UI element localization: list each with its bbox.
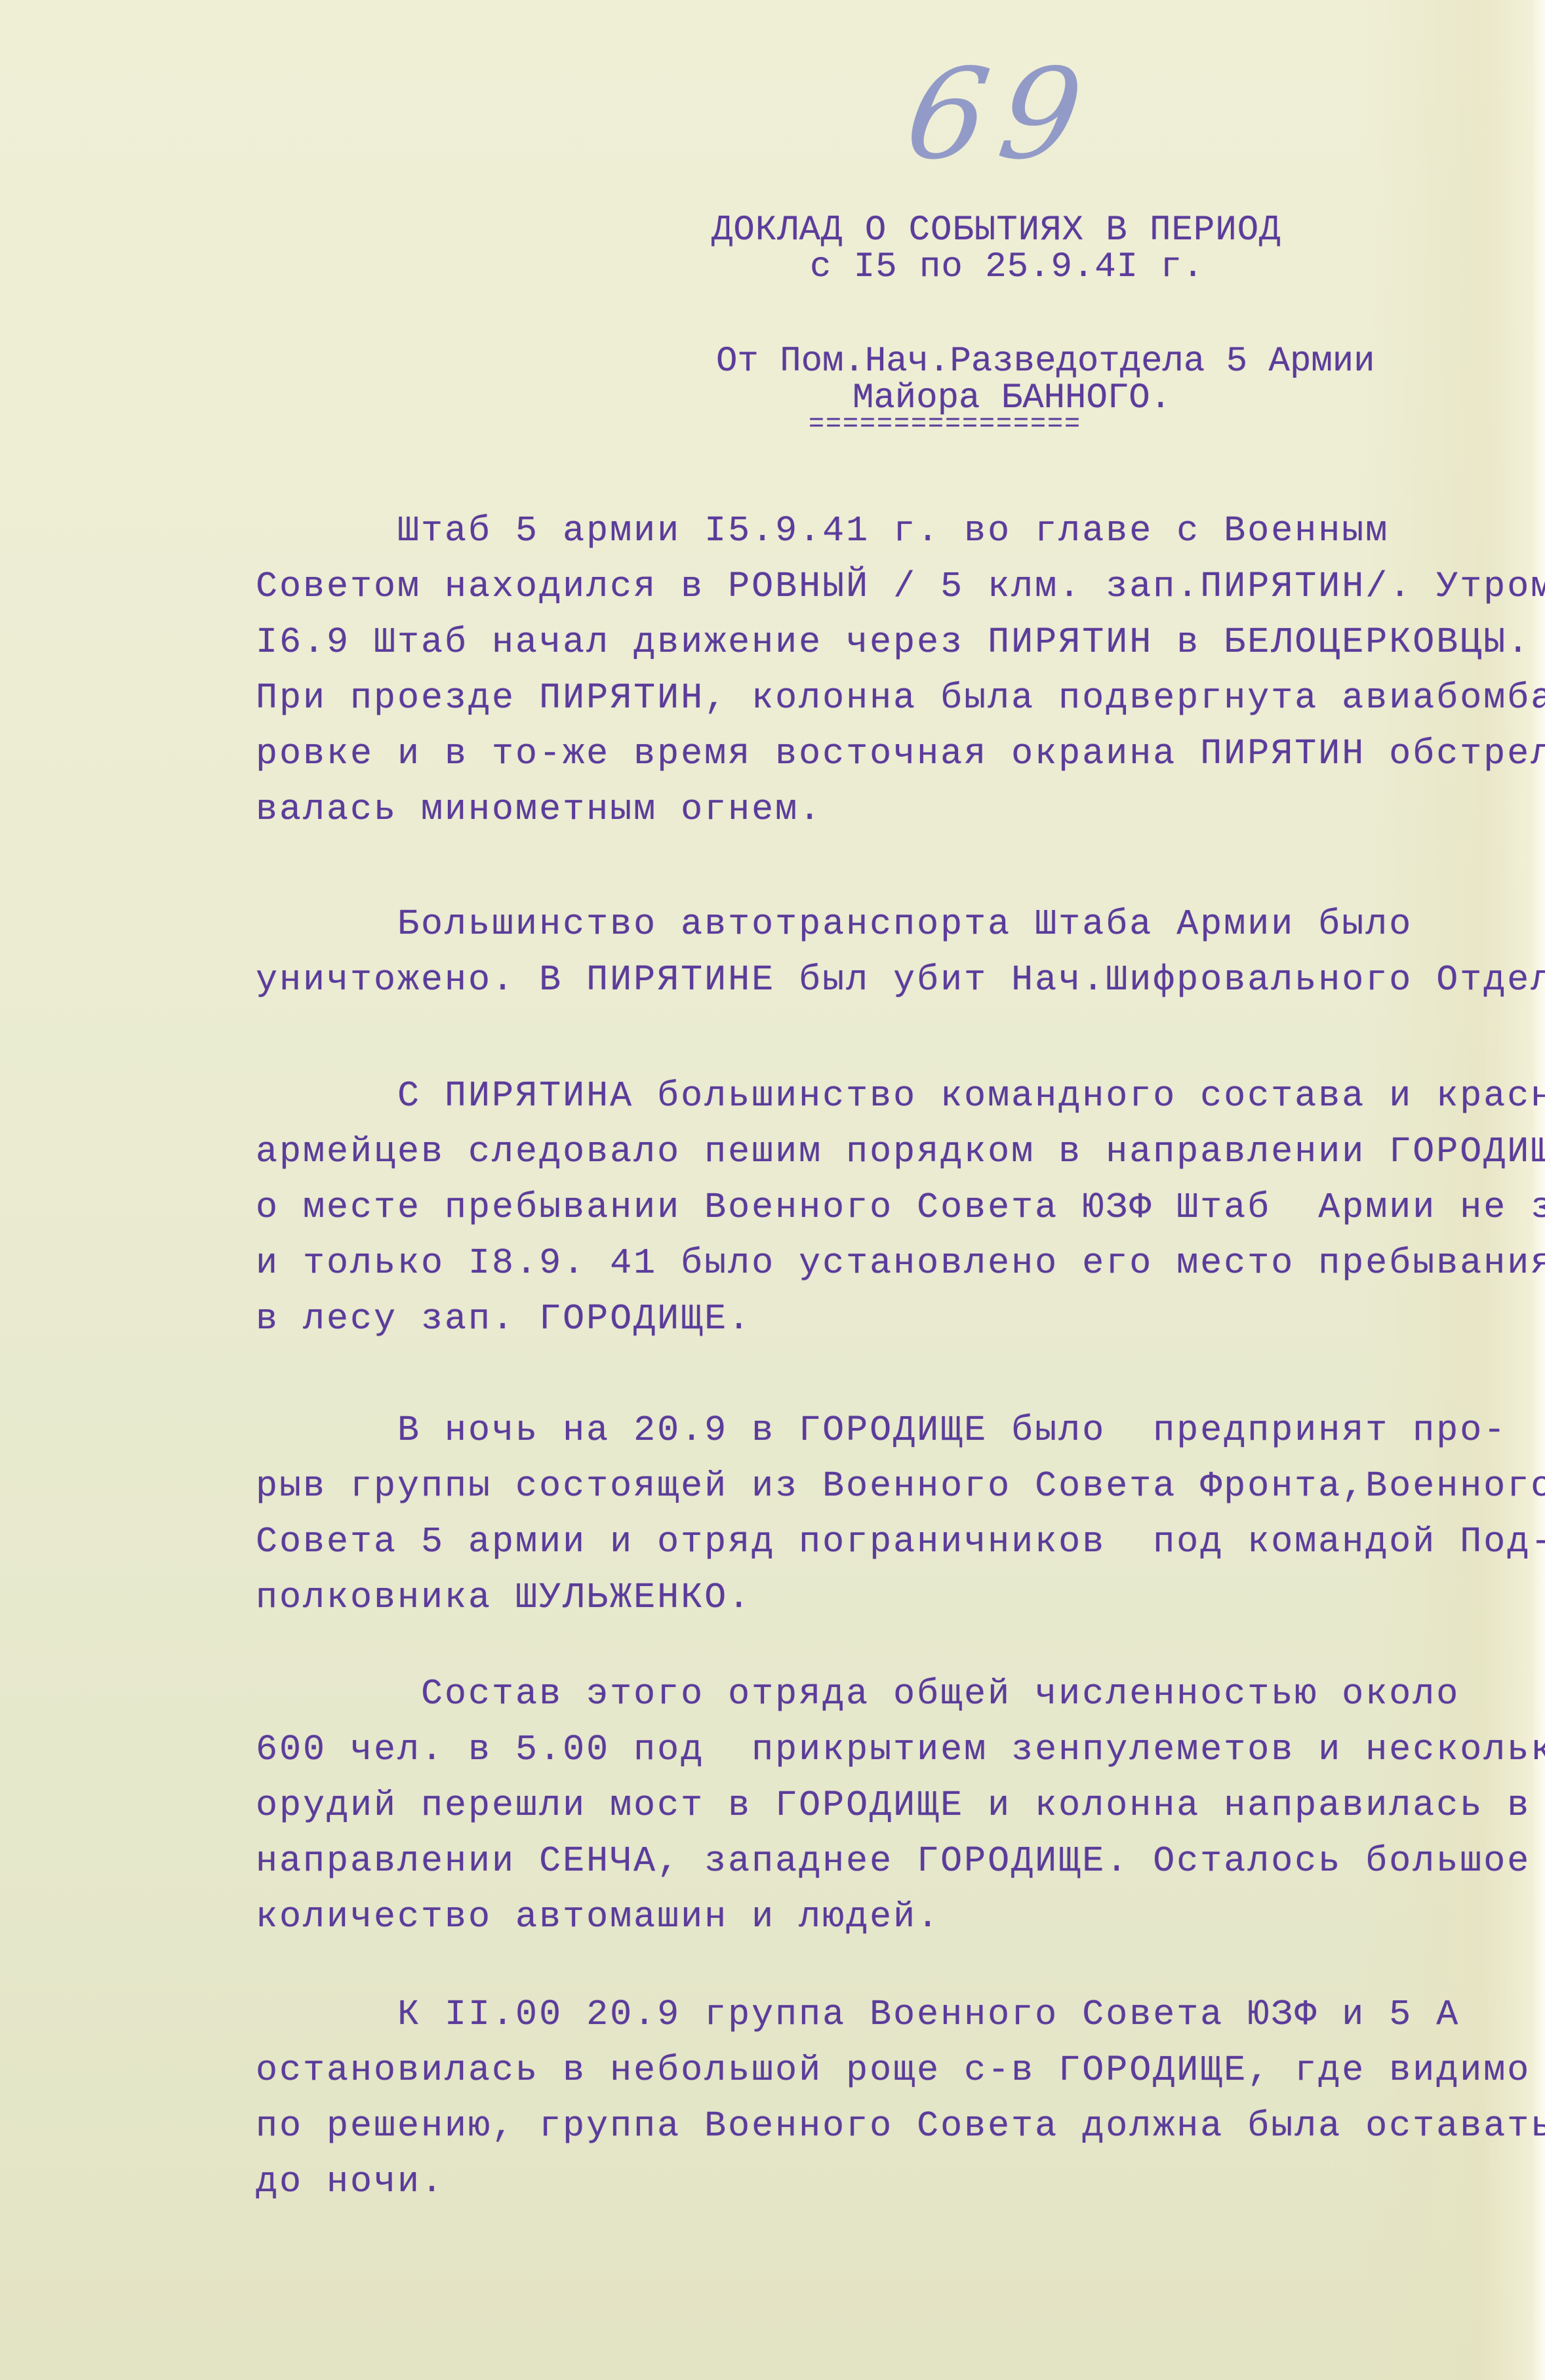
document-title: ДОКЛАД О СОБЫТИЯХ В ПЕРИОД [712, 211, 1281, 250]
body-line: Большинство автотранспорта Штаба Армии б… [256, 903, 1413, 945]
body-line: Состав этого отряда общей численностью о… [256, 1673, 1460, 1715]
body-line: рыв группы состоящей из Военного Совета … [256, 1465, 1545, 1507]
body-line: остановилась в небольшой роще с-в ГОРОДИ… [256, 2050, 1531, 2092]
body-line: ровке и в то-же время восточная окраина … [256, 733, 1545, 775]
body-line: I6.9 Штаб начал движение через ПИРЯТИН в… [256, 622, 1531, 664]
body-line: уничтожено. В ПИРЯТИНЕ был убит Нач.Шифр… [256, 959, 1545, 1001]
document-page: 69 ДОКЛАД О СОБЫТИЯХ В ПЕРИОД с I5 по 25… [0, 0, 1545, 2380]
body-line: и только I8.9. 41 было установлено его м… [256, 1242, 1545, 1284]
body-line: в лесу зап. ГОРОДИЩЕ. [256, 1298, 752, 1340]
double-underline-rule: ================ [809, 412, 1081, 438]
body-line: направлении СЕНЧА, западнее ГОРОДИЩЕ. Ос… [256, 1840, 1531, 1882]
body-line: Штаб 5 армии I5.9.41 г. во главе с Военн… [256, 510, 1389, 552]
body-line: Советом находился в РОВНЫЙ / 5 клм. зап.… [256, 566, 1545, 608]
body-line: С ПИРЯТИНА большинство командного состав… [256, 1075, 1545, 1117]
body-line: Совета 5 армии и отряд пограничников под… [256, 1521, 1545, 1563]
body-line: количество автомашин и людей. [256, 1896, 940, 1938]
body-line: полковника ШУЛЬЖЕНКО. [256, 1577, 752, 1619]
body-line: К II.00 20.9 группа Военного Совета ЮЗФ … [256, 1994, 1460, 2036]
body-line: В ночь на 20.9 в ГОРОДИЩЕ было предприня… [256, 1410, 1507, 1452]
body-line: орудий перешли мост в ГОРОДИЩЕ и колонна… [256, 1785, 1531, 1827]
body-line: по решению, группа Военного Совета должн… [256, 2105, 1545, 2147]
handwritten-folio-number: 69 [900, 52, 1102, 177]
document-period: с I5 по 25.9.4I г. [810, 248, 1204, 287]
body-line: армейцев следовало пешим порядком в напр… [256, 1131, 1545, 1173]
body-line: 600 чел. в 5.00 под прикрытием зенпулеме… [256, 1729, 1545, 1771]
body-line: валась минометным огнем. [256, 789, 822, 831]
author-position: От Пом.Нач.Разведотдела 5 Армии [716, 342, 1375, 382]
body-line: При проезде ПИРЯТИН, колонна была подвер… [256, 677, 1545, 719]
body-line: о месте пребывании Военного Совета ЮЗФ Ш… [256, 1187, 1545, 1229]
body-line: до ночи. [256, 2161, 445, 2203]
